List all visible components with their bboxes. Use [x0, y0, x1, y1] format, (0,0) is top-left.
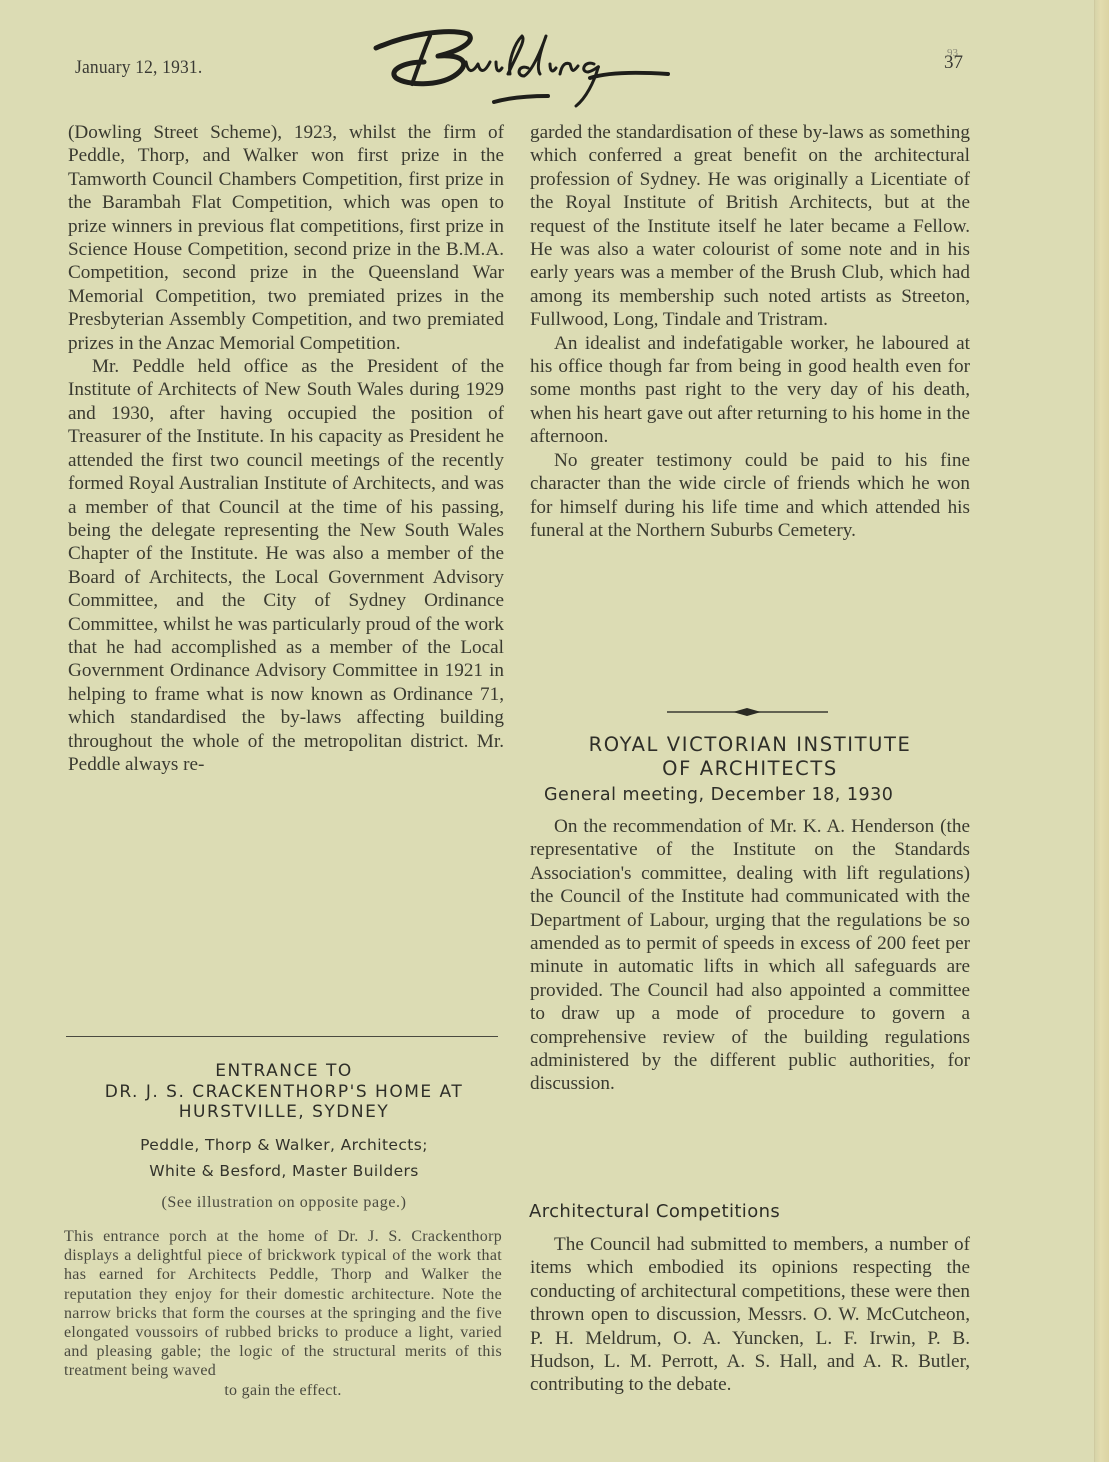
page-number-value: 37 — [944, 52, 963, 73]
paragraph: The Council had submitted to members, a … — [530, 1233, 970, 1397]
paragraph: On the recommendation of Mr. K. A. Hende… — [530, 815, 970, 1096]
page-number: 93 37 — [944, 48, 963, 72]
illustration-note: (See illustration on opposite page.) — [62, 1194, 506, 1212]
entrance-heading-line-2: DR. J. S. CRACKENTHORP'S HOME AT — [62, 1083, 506, 1102]
paragraph: No greater testimony could be paid to hi… — [530, 449, 970, 543]
issue-date: January 12, 1931. — [75, 57, 202, 79]
illustration-caption: This entrance porch at the home of Dr. J… — [64, 1227, 502, 1400]
competitions-paragraph: The Council had submitted to members, a … — [530, 1233, 970, 1397]
entrance-heading-line-1: ENTRANCE TO — [62, 1062, 506, 1081]
left-column: (Dowling Street Scheme), 1923, whilst th… — [68, 121, 504, 776]
caption-last-line: to gain the effect. — [64, 1381, 502, 1400]
entrance-heading-line-3: HURSTVILLE, SYDNEY — [62, 1103, 506, 1122]
paragraph: Mr. Peddle held office as the President … — [68, 355, 504, 776]
section-divider-rule — [66, 1036, 498, 1037]
paragraph: garded the standardisation of these by-l… — [530, 121, 970, 332]
right-column: garded the standardisation of these by-l… — [530, 121, 970, 542]
masthead-building-logo — [368, 22, 670, 112]
paragraph: An idealist and indefatigable worker, he… — [530, 332, 970, 449]
rvia-heading-line-2: OF ARCHITECTS — [530, 757, 970, 781]
page-edge — [1094, 0, 1109, 1462]
rvia-meeting-subheading: General meeting, December 18, 1930 — [544, 785, 893, 805]
builders-credit: White & Besford, Master Builders — [62, 1158, 506, 1184]
caption-text: This entrance porch at the home of Dr. J… — [64, 1228, 502, 1379]
rvia-meeting-paragraph: On the recommendation of Mr. K. A. Hende… — [530, 815, 970, 1096]
divider-ornament — [665, 706, 830, 718]
competitions-heading: Architectural Competitions — [529, 1201, 780, 1222]
rvia-heading-line-1: ROYAL VICTORIAN INSTITUTE — [530, 733, 970, 757]
architects-credit: Peddle, Thorp & Walker, Architects; — [62, 1132, 506, 1158]
paragraph: (Dowling Street Scheme), 1923, whilst th… — [68, 121, 504, 355]
